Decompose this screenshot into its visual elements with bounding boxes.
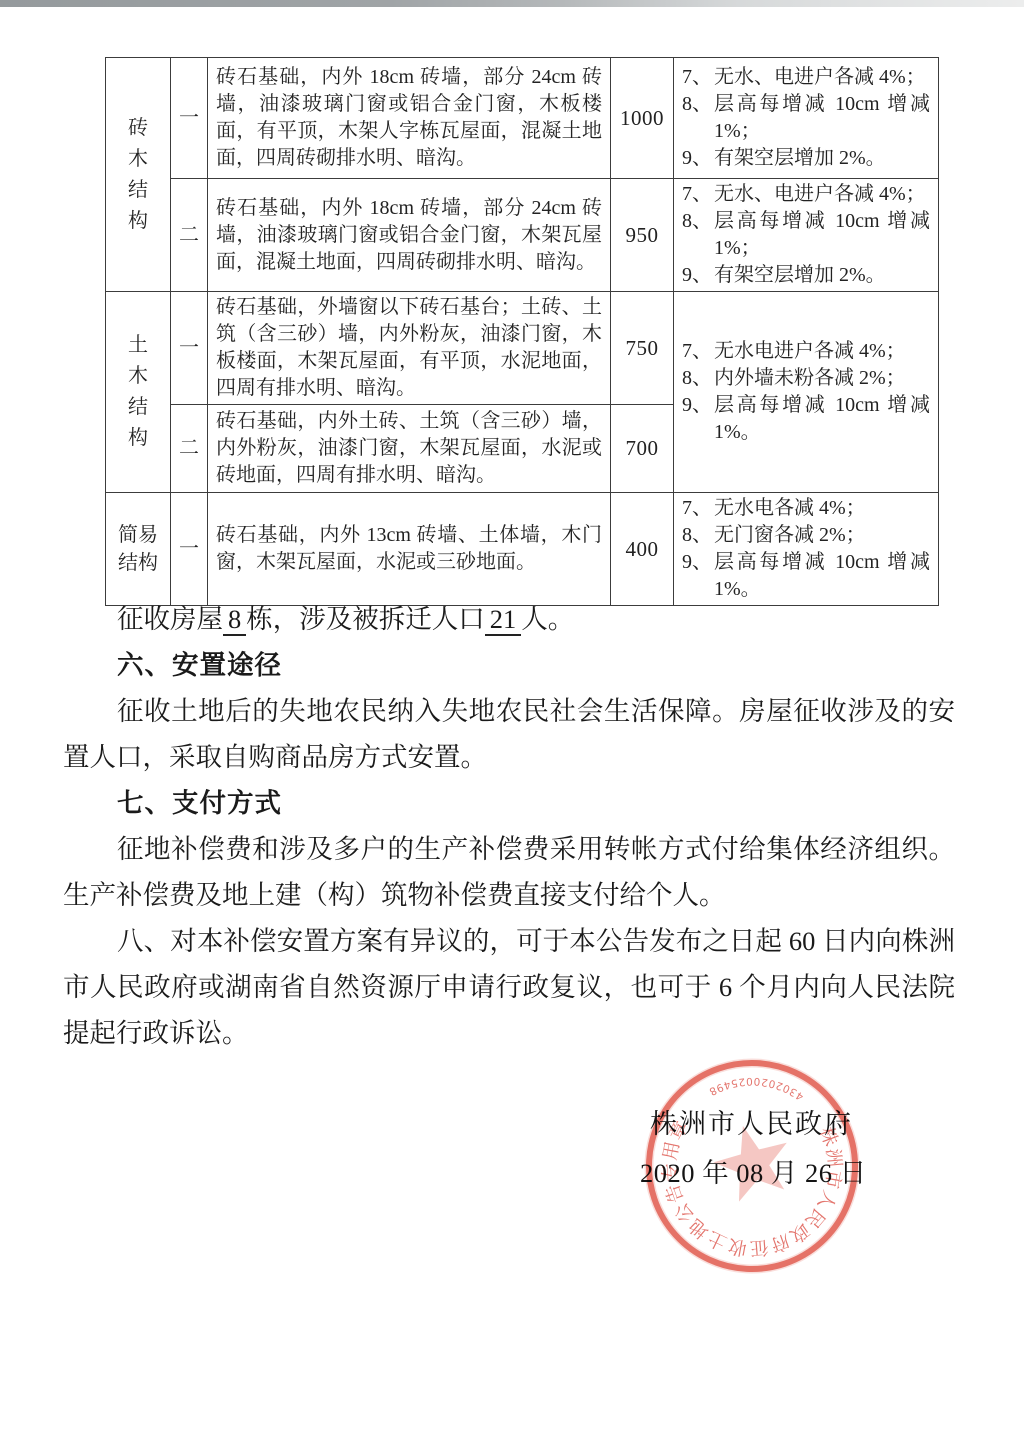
category-label: 砖木结构 (127, 113, 149, 237)
description-cell: 砖石基础，内外土砖、土筑（含三砂）墙，内外粉灰，油漆门窗，木架瓦屋面，水泥或砖地… (208, 405, 611, 493)
table-row: 简易结构 一 砖石基础，内外 13cm 砖墙、土体墙，木门窗，木架瓦屋面，水泥或… (106, 493, 939, 606)
note-number: 7、 (682, 64, 714, 91)
description-cell: 砖石基础，外墙窗以下砖石基台；土砖、土筑（含三砂）墙，内外粉灰，油漆门窗，木板楼… (208, 292, 611, 405)
note-text: 无水、电进户各减 4%； (714, 181, 930, 208)
description-cell: 砖石基础，内外 13cm 砖墙、土体墙，木门窗，木架瓦屋面，水泥或三砂地面。 (208, 493, 611, 606)
value-cell: 950 (611, 179, 674, 292)
value-cell: 400 (611, 493, 674, 606)
note-text: 内外墙未粉各减 2%； (714, 365, 930, 392)
intro-line: 征收房屋8栋，涉及被拆迁人口21人。 (63, 596, 955, 642)
note-number: 8、 (682, 91, 714, 118)
value-cell: 1000 (611, 58, 674, 179)
note-item: 7、无水、电进户各减 4%； (682, 181, 930, 208)
note-text: 层高每增减 10cm 增减 1%。 (714, 392, 930, 446)
house-count: 8 (223, 604, 246, 636)
grade-cell: 一 (171, 493, 208, 606)
value-cell: 750 (611, 292, 674, 405)
seal-serial: 4302020025498 (705, 1072, 806, 1102)
note-item: 8、层高每增减 10cm 增减 1%； (682, 208, 930, 262)
intro-text: 栋，涉及被拆迁人口 (246, 604, 485, 634)
signature-authority: 株洲市人民政府 (650, 1102, 853, 1141)
section-heading-6: 六、安置途径 (63, 642, 955, 688)
category-cell: 砖木结构 (106, 58, 171, 292)
note-number: 9、 (682, 392, 714, 419)
people-count: 21 (485, 604, 522, 636)
description-cell: 砖石基础，内外 18cm 砖墙，部分 24cm 砖墙，油漆玻璃门窗或铝合金门窗，… (208, 179, 611, 292)
scan-artifact (0, 0, 1024, 7)
grade-cell: 一 (171, 292, 208, 405)
table-row: 二 砖石基础，内外 18cm 砖墙，部分 24cm 砖墙，油漆玻璃门窗或铝合金门… (106, 179, 939, 292)
note-text: 无水电进户各减 4%； (714, 338, 930, 365)
note-item: 9、有架空层增加 2%。 (682, 262, 930, 289)
note-text: 无水电各减 4%； (714, 495, 930, 522)
note-item: 9、层高每增减 10cm 增减 1%。 (682, 392, 930, 446)
grade-cell: 一 (171, 58, 208, 179)
note-text: 层高每增减 10cm 增减 1%； (714, 91, 930, 145)
document-body-text: 征收房屋8栋，涉及被拆迁人口21人。 六、安置途径 征收土地后的失地农民纳入失地… (63, 596, 955, 1056)
note-text: 有架空层增加 2%。 (714, 262, 930, 289)
note-item: 7、无水电各减 4%； (682, 495, 930, 522)
note-number: 8、 (682, 208, 714, 235)
notes-cell: 7、无水、电进户各减 4%； 8、层高每增减 10cm 增减 1%； 9、有架空… (674, 58, 939, 179)
note-text: 层高每增减 10cm 增减 1%； (714, 208, 930, 262)
scanned-document-page: { "table": { "rows": [ { "category": "砖木… (0, 0, 1024, 1453)
note-number: 8、 (682, 365, 714, 392)
note-text: 层高每增减 10cm 增减 1%。 (714, 549, 930, 603)
note-number: 7、 (682, 495, 714, 522)
note-item: 7、无水、电进户各减 4%； (682, 64, 930, 91)
intro-text: 人。 (521, 604, 574, 634)
category-cell: 土木结构 (106, 292, 171, 493)
notes-cell: 7、无水电各减 4%； 8、无门窗各减 2%； 9、层高每增减 10cm 增减 … (674, 493, 939, 606)
note-number: 7、 (682, 181, 714, 208)
note-text: 无门窗各减 2%； (714, 522, 930, 549)
grade-cell: 二 (171, 405, 208, 493)
note-item: 9、层高每增减 10cm 增减 1%。 (682, 549, 930, 603)
table-row: 土木结构 一 砖石基础，外墙窗以下砖石基台；土砖、土筑（含三砂）墙，内外粉灰，油… (106, 292, 939, 405)
note-number: 7、 (682, 338, 714, 365)
note-text: 有架空层增加 2%。 (714, 145, 930, 172)
note-item: 8、内外墙未粉各减 2%； (682, 365, 930, 392)
note-number: 9、 (682, 262, 714, 289)
notes-cell: 7、无水、电进户各减 4%； 8、层高每增减 10cm 增减 1%； 9、有架空… (674, 179, 939, 292)
note-item: 7、无水电进户各减 4%； (682, 338, 930, 365)
value-cell: 700 (611, 405, 674, 493)
grade-cell: 二 (171, 179, 208, 292)
note-item: 8、无门窗各减 2%； (682, 522, 930, 549)
note-number: 9、 (682, 549, 714, 576)
description-cell: 砖石基础，内外 18cm 砖墙，部分 24cm 砖墙，油漆玻璃门窗或铝合金门窗，… (208, 58, 611, 179)
intro-text: 征收房屋 (117, 604, 223, 634)
table-row: 砖木结构 一 砖石基础，内外 18cm 砖墙，部分 24cm 砖墙，油漆玻璃门窗… (106, 58, 939, 179)
category-cell: 简易结构 (106, 493, 171, 606)
signature-date: 2020 年 08 月 26 日 (640, 1151, 867, 1190)
note-number: 8、 (682, 522, 714, 549)
paragraph-payment: 征地补偿费和涉及多户的生产补偿费采用转帐方式付给集体经济组织。生产补偿费及地上建… (63, 826, 955, 918)
category-label: 土木结构 (127, 330, 149, 454)
paragraph-resettlement: 征收土地后的失地农民纳入失地农民社会生活保障。房屋征收涉及的安置人口，采取自购商… (63, 688, 955, 780)
section-heading-7: 七、支付方式 (63, 780, 955, 826)
note-number: 9、 (682, 145, 714, 172)
category-label: 简易结构 (116, 521, 160, 577)
paragraph-objection: 八、对本补偿安置方案有异议的，可于本公告发布之日起 60 日内向株洲市人民政府或… (63, 918, 955, 1056)
note-text: 无水、电进户各减 4%； (714, 64, 930, 91)
compensation-standards-table: 砖木结构 一 砖石基础，内外 18cm 砖墙，部分 24cm 砖墙，油漆玻璃门窗… (105, 57, 939, 606)
note-item: 9、有架空层增加 2%。 (682, 145, 930, 172)
note-item: 8、层高每增减 10cm 增减 1%； (682, 91, 930, 145)
notes-cell: 7、无水电进户各减 4%； 8、内外墙未粉各减 2%； 9、层高每增减 10cm… (674, 292, 939, 493)
